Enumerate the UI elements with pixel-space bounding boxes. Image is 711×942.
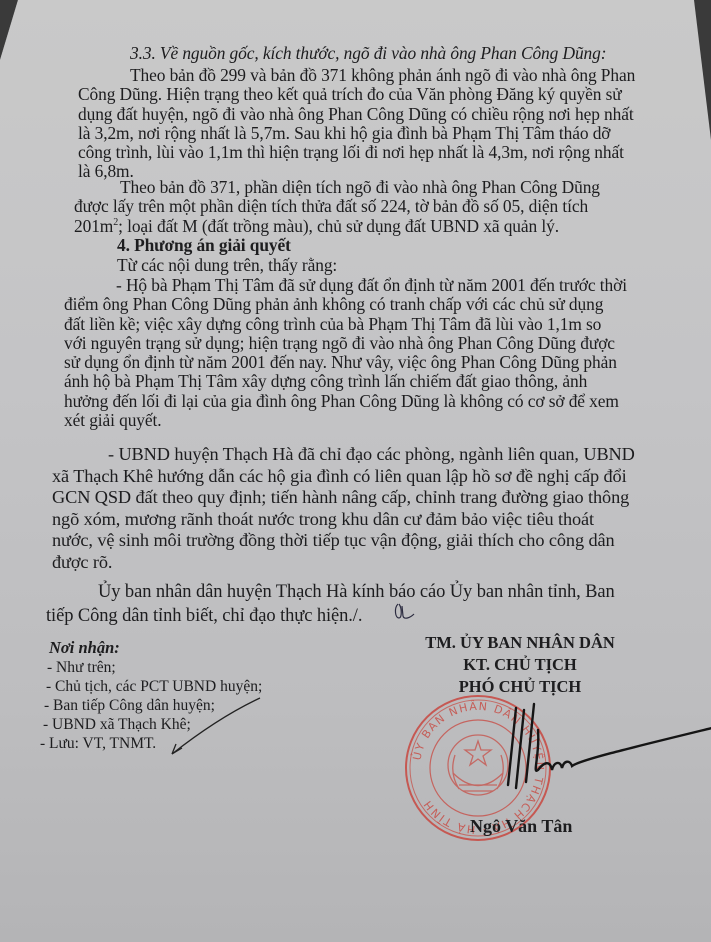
section-4-intro: Từ các nội dung trên, thấy rằng: — [117, 256, 337, 275]
closing-paragraph: Ủy ban nhân dân huyện Thạch Hà kính báo … — [46, 580, 676, 628]
signature-block: TM. ỦY BAN NHÂN DÂN KT. CHỦ TỊCH PHÓ CHỦ… — [405, 632, 635, 698]
area-line: 201m2; loại đất M (đất trồng màu), chủ s… — [74, 217, 644, 236]
section-3-3-paragraph-1: Theo bản đồ 299 và bản đồ 371 không phản… — [78, 66, 640, 182]
handwritten-signature-icon — [480, 700, 711, 800]
signer-org: TM. ỦY BAN NHÂN DÂN — [405, 632, 635, 654]
section-4-bullet-2: - UBND huyện Thạch Hà đã chỉ đạo các phò… — [52, 444, 662, 573]
section-4-heading: 4. Phương án giải quyết — [117, 236, 291, 255]
page-edge-left — [0, 0, 22, 70]
section-4-bullet-1: - Hộ bà Phạm Thị Tâm đã sử dụng đất ổn đ… — [64, 276, 654, 430]
section-3-3-heading: 3.3. Về nguồn gốc, kích thước, ngõ đi và… — [130, 44, 606, 63]
handwritten-initial-icon — [390, 600, 420, 622]
recipient-item: - Như trên; — [47, 658, 262, 677]
signer-delegation: KT. CHỦ TỊCH — [405, 654, 635, 676]
document-page: 3.3. Về nguồn gốc, kích thước, ngõ đi và… — [0, 0, 711, 942]
section-3-3-paragraph-2: Theo bản đồ 371, phần diện tích ngõ đi v… — [74, 178, 644, 236]
signer-name: Ngô Văn Tân — [470, 816, 572, 837]
pen-arrow-icon — [160, 690, 270, 760]
